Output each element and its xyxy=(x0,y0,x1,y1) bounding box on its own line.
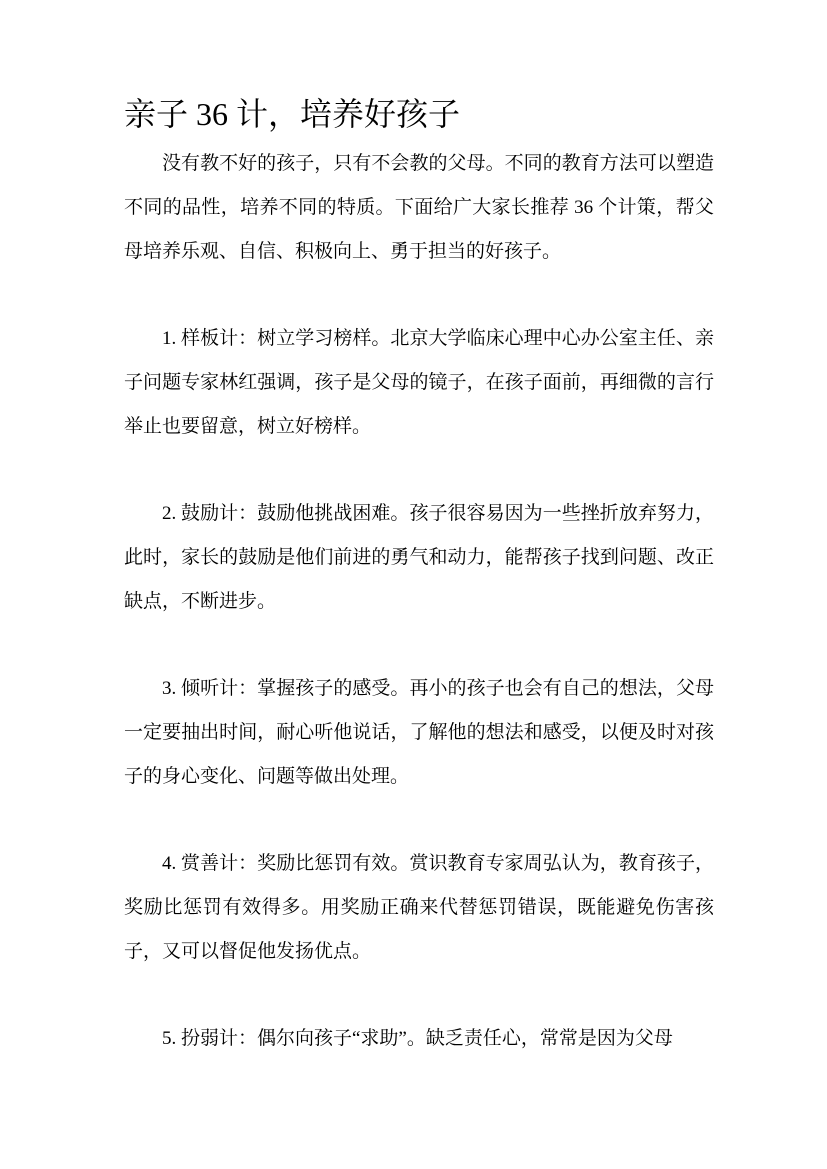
strategy-2-paragraph: 2. 鼓励计：鼓励他挑战困难。孩子很容易因为一些挫折放弃努力，此时，家长的鼓励是… xyxy=(124,492,714,624)
document-content: 亲子 36 计，培养好孩子 没有教不好的孩子，只有不会教的父母。不同的教育方法可… xyxy=(124,90,714,1061)
strategy-3-paragraph: 3. 倾听计：掌握孩子的感受。再小的孩子也会有自己的想法，父母一定要抽出时间，耐… xyxy=(124,667,714,799)
document-page: 亲子 36 计，培养好孩子 没有教不好的孩子，只有不会教的父母。不同的教育方法可… xyxy=(0,0,827,1169)
intro-paragraph: 没有教不好的孩子，只有不会教的父母。不同的教育方法可以塑造不同的品性，培养不同的… xyxy=(124,142,714,274)
strategy-5-paragraph: 5. 扮弱计：偶尔向孩子“求助”。缺乏责任心，常常是因为父母 xyxy=(124,1017,714,1061)
strategy-4-paragraph: 4. 赏善计：奖励比惩罚有效。赏识教育专家周弘认为，教育孩子，奖励比惩罚有效得多… xyxy=(124,842,714,974)
strategy-1-paragraph: 1. 样板计：树立学习榜样。北京大学临床心理中心办公室主任、亲子问题专家林红强调… xyxy=(124,317,714,449)
document-title: 亲子 36 计，培养好孩子 xyxy=(124,90,714,138)
